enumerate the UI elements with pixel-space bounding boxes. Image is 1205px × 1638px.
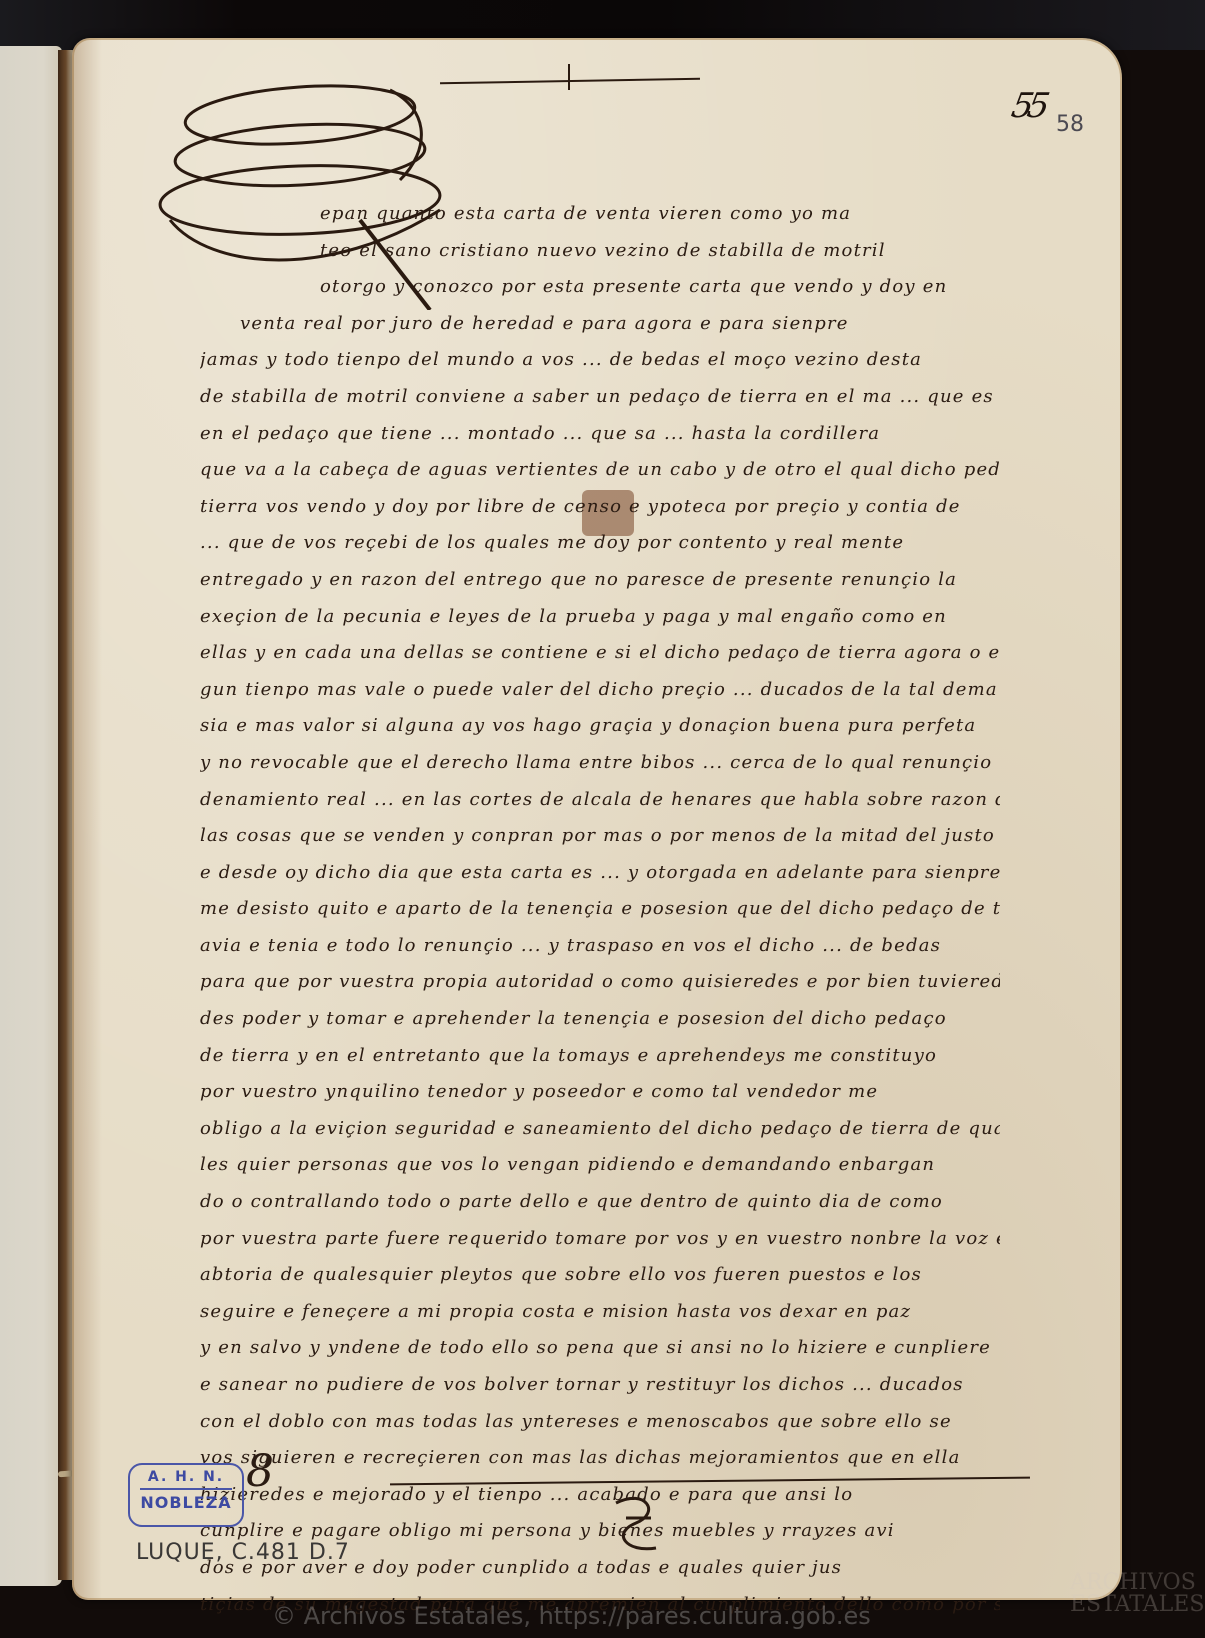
cross-mark-icon	[568, 64, 570, 90]
text-line: jamas y todo tienpo del mundo a vos ... …	[200, 342, 1000, 379]
text-line: epan quanto esta carta de venta vieren c…	[200, 196, 1000, 233]
text-line: en el pedaço que tiene ... montado ... q…	[200, 416, 1000, 453]
text-line: e sanear no pudiere de vos bolver tornar…	[200, 1367, 1000, 1404]
text-line: des poder y tomar e aprehender la tenenç…	[200, 1001, 1000, 1038]
text-line: denamiento real ... en las cortes de alc…	[200, 782, 1000, 819]
text-line: abtoria de qualesquier pleytos que sobre…	[200, 1257, 1000, 1294]
stamp-section: NOBLEZA	[130, 1493, 242, 1512]
manuscript-text: epan quanto esta carta de venta vieren c…	[200, 196, 1000, 1623]
edge-stain	[72, 38, 102, 1600]
text-line: y en salvo y yndene de todo ello so pena…	[200, 1330, 1000, 1367]
folio-number-pencil: 58	[1056, 112, 1084, 137]
text-line: sia e mas valor si alguna ay vos hago gr…	[200, 708, 1000, 745]
text-line: con el doblo con mas todas las yntereses…	[200, 1404, 1000, 1441]
text-line: do o contrallando todo o parte dello e q…	[200, 1184, 1000, 1221]
copyright-watermark: © Archivos Estatales, https://pares.cult…	[272, 1602, 871, 1630]
text-line: ... que de vos reçebi de los quales me d…	[200, 525, 1000, 562]
logo-line-2: ESTATALES	[1070, 1594, 1204, 1616]
left-page-fragment	[0, 46, 62, 1586]
text-line: por vuestra parte fuere requerido tomare…	[200, 1221, 1000, 1258]
text-line: gun tienpo mas vale o puede valer del di…	[200, 672, 1000, 709]
text-line: entregado y en razon del entrego que no …	[200, 562, 1000, 599]
text-line: que va a la cabeça de aguas vertientes d…	[200, 452, 1000, 489]
stamp-archive-initials: A. H. N.	[130, 1469, 242, 1485]
text-line: obligo a la eviçion seguridad e saneamie…	[200, 1111, 1000, 1148]
text-line: venta real por juro de heredad e para ag…	[200, 306, 1000, 343]
archive-logo-watermark: ARCHIVOS ESTATALES	[1070, 1572, 1204, 1616]
text-line: exeçion de la pecunia e leyes de la prue…	[200, 599, 1000, 636]
text-line: por vuestro ynquilino tenedor y poseedor…	[200, 1074, 1000, 1111]
text-line: me desisto quito e aparto de la tenençia…	[200, 891, 1000, 928]
archive-stamp: A. H. N. NOBLEZA	[128, 1463, 244, 1527]
text-line: vos siguieren e recreçieren con mas las …	[200, 1440, 1000, 1477]
text-line: teo el sano cristiano nuevo vezino de st…	[200, 233, 1000, 270]
logo-line-1: ARCHIVOS	[1070, 1572, 1204, 1594]
text-line: de tierra y en el entretanto que la toma…	[200, 1038, 1000, 1075]
text-line: les quier personas que vos lo vengan pid…	[200, 1147, 1000, 1184]
text-line: e desde oy dicho dia que esta carta es .…	[200, 855, 1000, 892]
catalog-reference: LUQUE, C.481 D.7	[136, 1540, 350, 1565]
stamp-divider	[140, 1488, 232, 1490]
text-line: tierra vos vendo y doy por libre de cens…	[200, 489, 1000, 526]
text-line: las cosas que se venden y conpran por ma…	[200, 818, 1000, 855]
text-line: y no revocable que el derecho llama entr…	[200, 745, 1000, 782]
text-line: para que por vuestra propia autoridad o …	[200, 964, 1000, 1001]
text-line: otorgo y conozco por esta presente carta…	[200, 269, 1000, 306]
text-line: de stabilla de motril conviene a saber u…	[200, 379, 1000, 416]
rubric-signature-icon	[606, 1488, 666, 1558]
marginal-number: 8	[246, 1446, 274, 1497]
text-line: ellas y en cada una dellas se contiene e…	[200, 635, 1000, 672]
text-line: seguire e feneçere a mi propia costa e m…	[200, 1294, 1000, 1331]
text-line: avia e tenia e todo lo renunçio ... y tr…	[200, 928, 1000, 965]
